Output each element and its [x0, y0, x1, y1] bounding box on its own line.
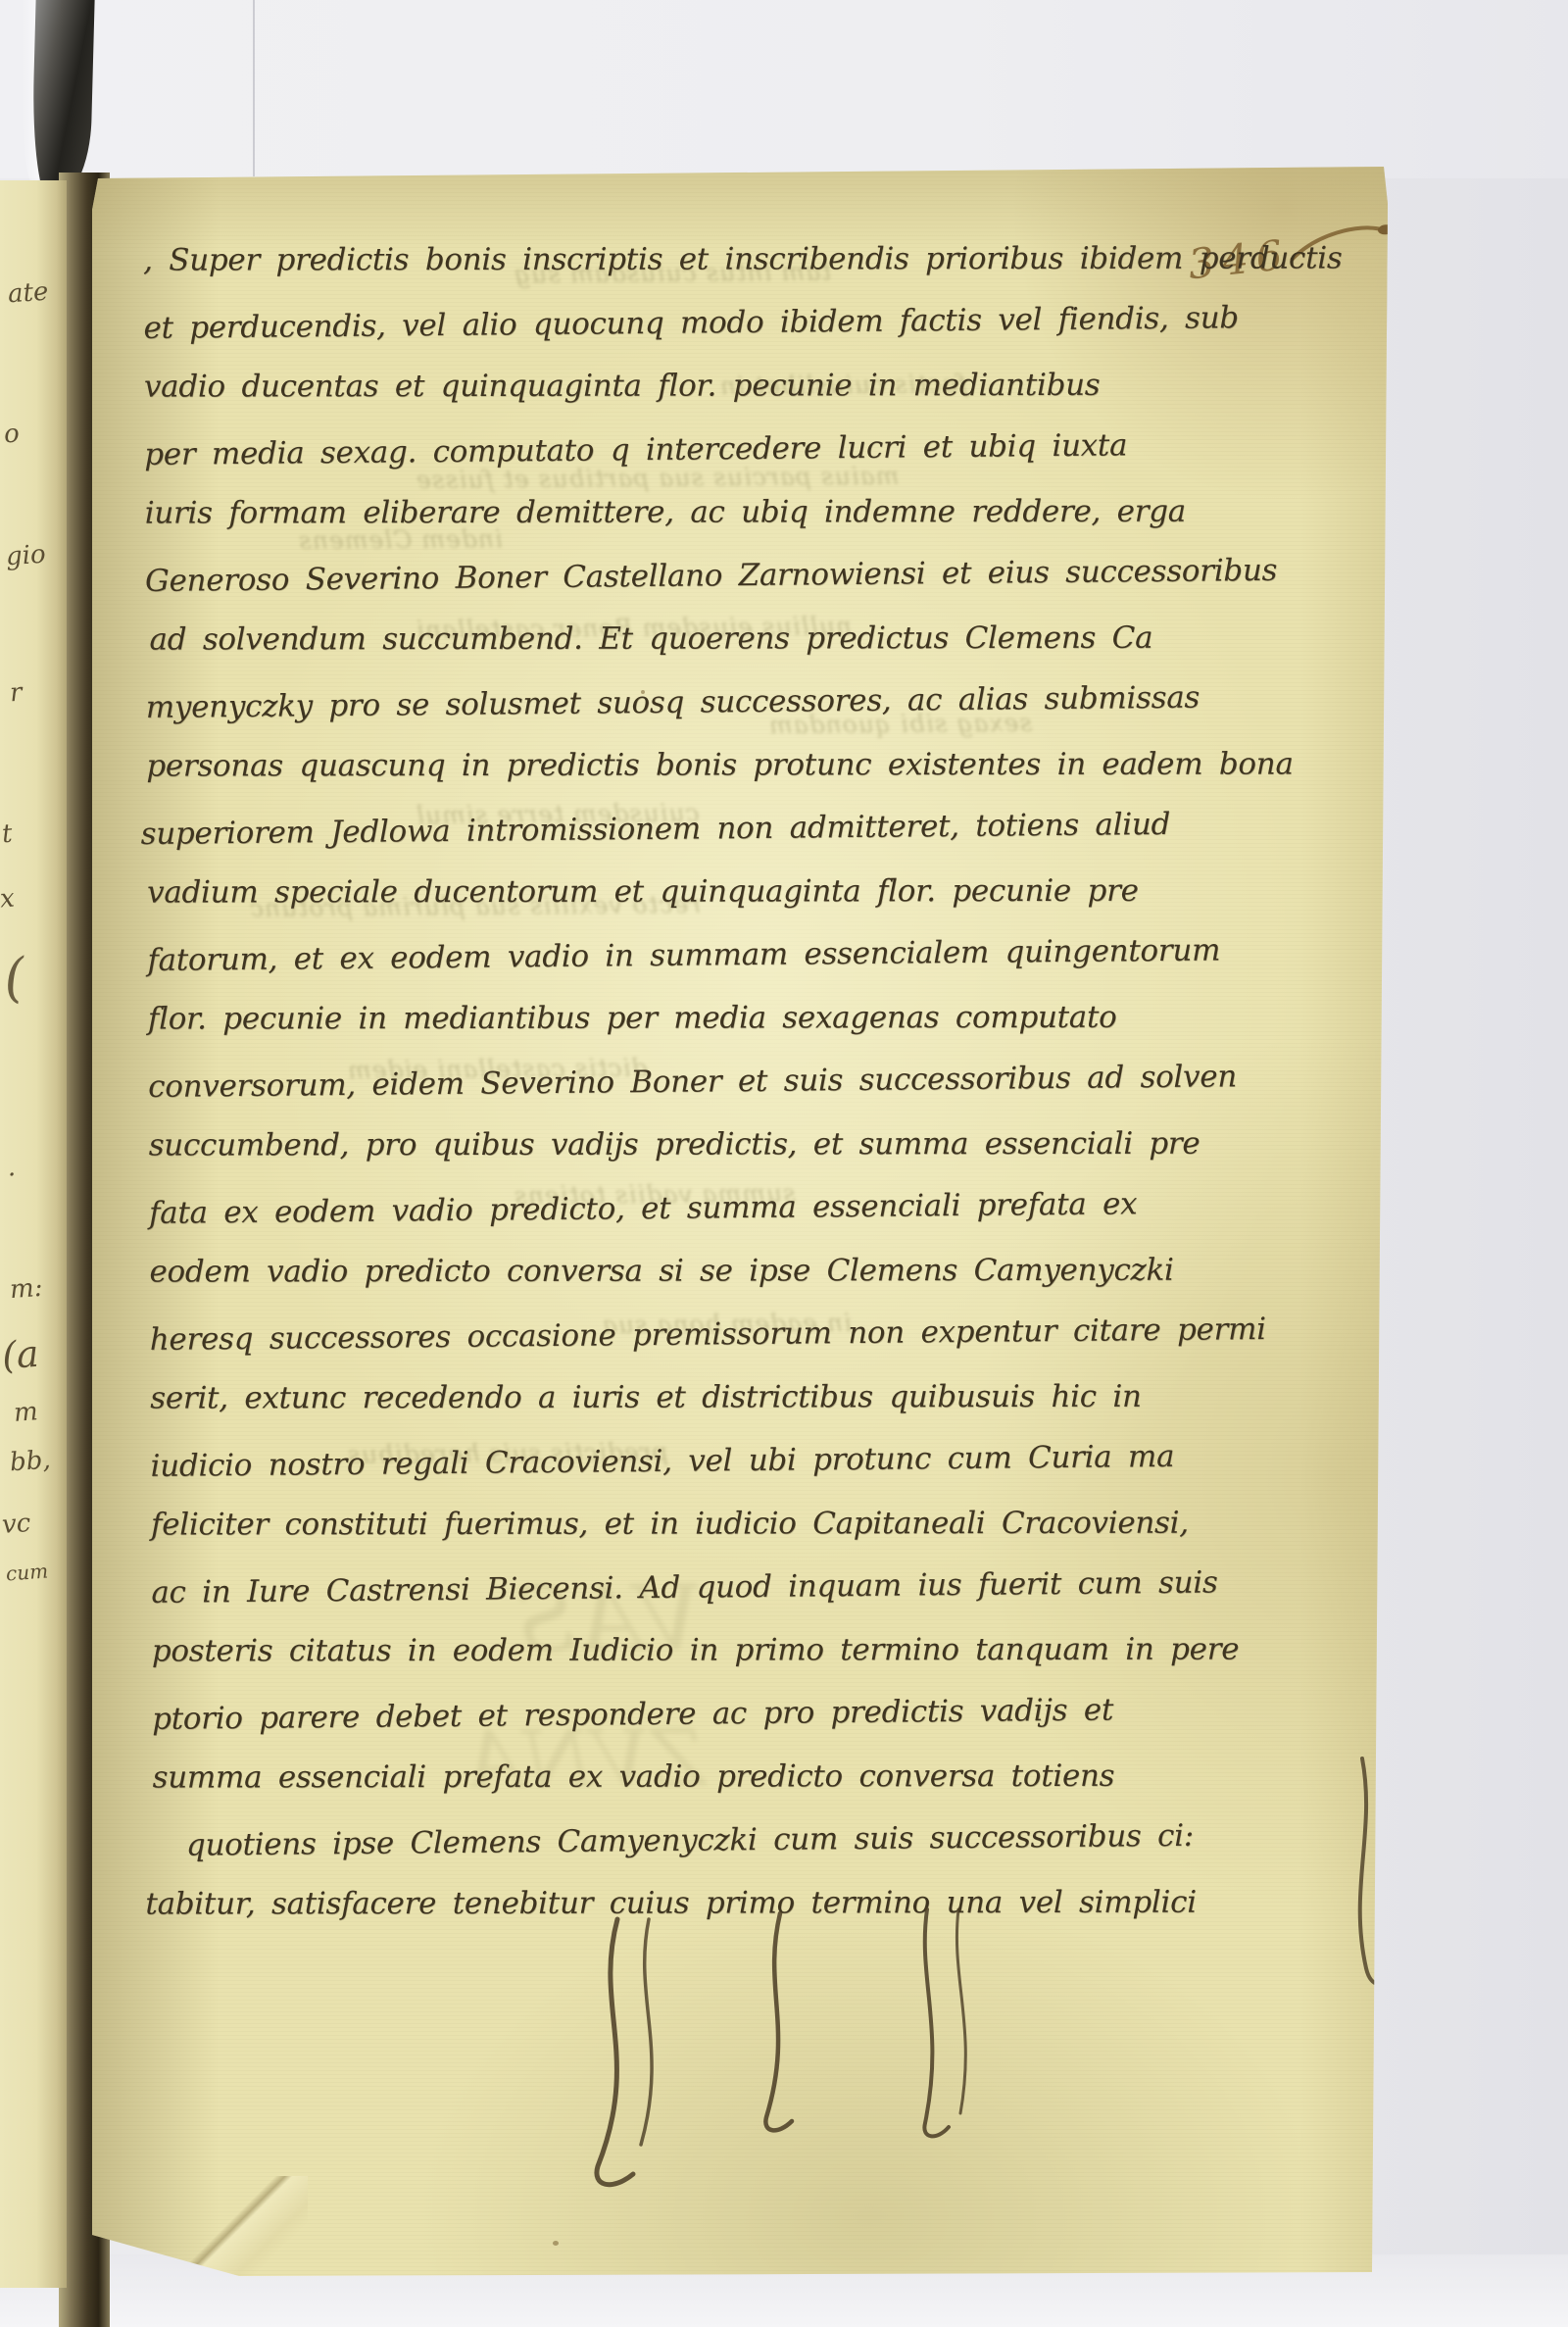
- manuscript-line: et perducendis, vel alio quocunq modo ib…: [143, 300, 1232, 373]
- manuscript-line: succumbend, pro quibus vadijs predictis,…: [149, 1126, 1237, 1191]
- margin-text-fragment: t: [1, 819, 14, 850]
- margin-text-fragment: ate: [7, 277, 49, 310]
- facing-page-edge: ateogiortx(·m:(ambb,vccum: [0, 180, 67, 2288]
- manuscript-line: fata ex eodem vadio predicto, et summa e…: [149, 1185, 1238, 1259]
- manuscript-line: personas quascunq in predictis bonis pro…: [146, 747, 1234, 812]
- manuscript-line: myenyczky pro se solusmet suosq successo…: [146, 679, 1235, 753]
- manuscript-line: per media sexag. computato q intercedere…: [144, 426, 1233, 500]
- margin-text-fragment: vc: [1, 1509, 31, 1540]
- manuscript-text-block: , Super predictis bonis inscriptis et in…: [143, 238, 1242, 1952]
- manuscript-line: superiorem Jedlowa intromissionem non ad…: [140, 806, 1235, 879]
- manuscript-line: ptorio parere debet et respondere ac pro…: [152, 1691, 1241, 1764]
- manuscript-line: heresq successores occasione premissorum…: [150, 1312, 1239, 1385]
- margin-text-fragment: cum: [5, 1560, 49, 1586]
- manuscript-line: quotiens ipse Clemens Camyenyczki cum su…: [186, 1817, 1242, 1891]
- margin-text-fragment: ·: [7, 1161, 17, 1191]
- margin-text-fragment: o: [3, 419, 21, 449]
- manuscript-line: posteris citatus in eodem Iudicio in pri…: [152, 1632, 1240, 1697]
- scanner-backdrop-top: [0, 0, 1568, 178]
- margin-text-fragment: r: [9, 678, 23, 709]
- manuscript-line: eodem vadio predicto conversa si se ipse…: [149, 1253, 1237, 1317]
- ink-speck: [553, 2241, 559, 2246]
- manuscript-line: summa essenciali prefata ex vadio predic…: [153, 1758, 1241, 1823]
- manuscript-line: serit, extunc recedendo a iuris et distr…: [150, 1379, 1238, 1444]
- manuscript-line: ac in Iure Castrensi Biecensi. Ad quod i…: [151, 1564, 1240, 1638]
- manuscript-line: feliciter constituti fuerimus, et in iud…: [151, 1506, 1239, 1570]
- manuscript-line: vadio ducentas et quinquaginta flor. pec…: [144, 368, 1232, 432]
- margin-text-fragment: m:: [9, 1273, 43, 1305]
- manuscript-scan: ateogiortx(·m:(ambb,vccum tam intus cuiu…: [0, 0, 1568, 2327]
- manuscript-line: vadium speciale ducentorum et quinquagin…: [147, 873, 1235, 938]
- manuscript-line: flor. pecunie in mediantibus per media s…: [148, 1000, 1236, 1064]
- manuscript-line: iuris formam eliberare demittere, ac ubi…: [145, 494, 1233, 559]
- margin-text-fragment: m: [13, 1397, 39, 1428]
- manuscript-line: conversorum, eidem Severino Boner et sui…: [148, 1059, 1237, 1132]
- margin-text-fragment: (: [2, 946, 26, 1009]
- protective-sheet-seam: [253, 0, 255, 176]
- margin-text-fragment: gio: [5, 540, 47, 572]
- manuscript-line: tabitur, satisfacere tenebitur cuius pri…: [145, 1885, 1241, 1950]
- manuscript-line: , Super predictis bonis inscriptis et in…: [143, 241, 1231, 306]
- ink-speck: [641, 690, 645, 694]
- margin-text-fragment: x: [0, 884, 16, 915]
- margin-text-fragment: (a: [1, 1332, 40, 1378]
- manuscript-line: fatorum, et ex eodem vadio in summam ess…: [147, 932, 1236, 1006]
- manuscript-line: Generoso Severino Boner Castellano Zarno…: [145, 553, 1234, 626]
- manuscript-page: tam intus cuiusdam sugfactis cuiuslibet …: [92, 165, 1388, 2280]
- manuscript-line: ad solvendum succumbend. Et quoerens pre…: [149, 620, 1233, 685]
- manuscript-line: iudicio nostro regali Cracoviensi, vel u…: [150, 1438, 1239, 1511]
- margin-text-fragment: bb,: [9, 1446, 52, 1478]
